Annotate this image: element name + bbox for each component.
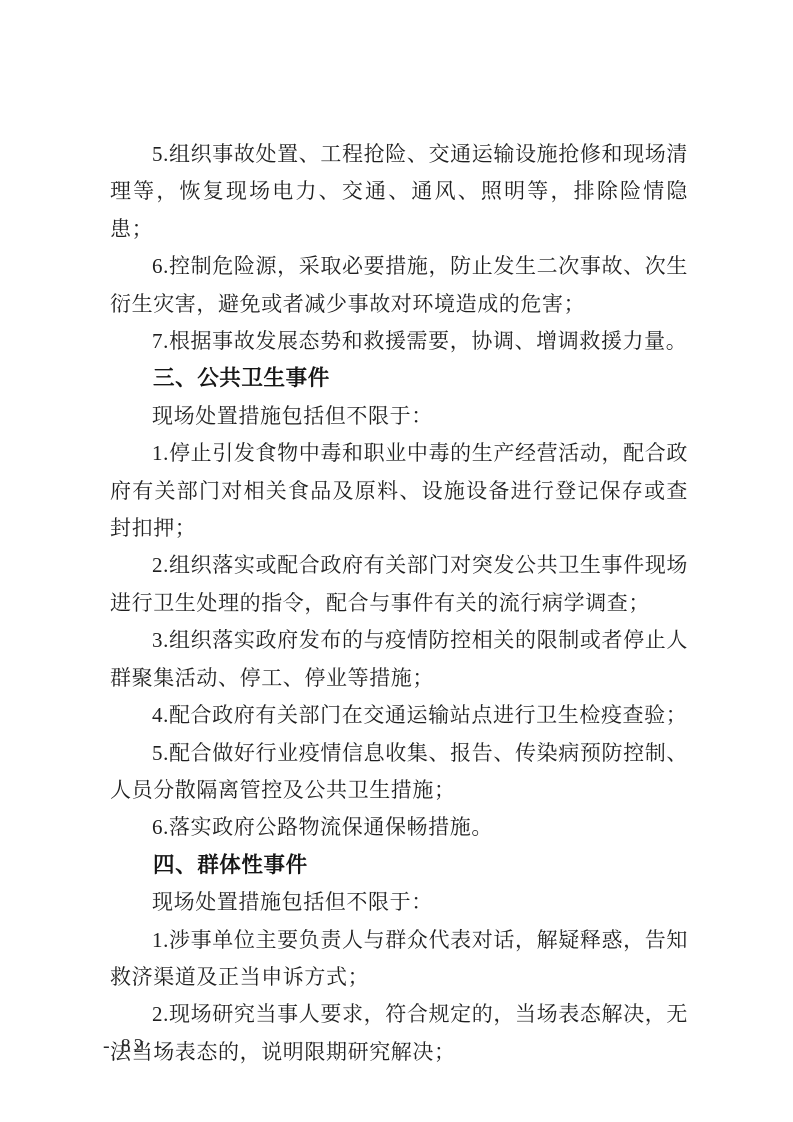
list-item-public-health-6: 6.落实政府公路物流保通保畅措施。 [110,809,688,846]
list-item-accident-5: 5.组织事故处置、工程抢险、交通运输设施抢修和现场清理等，恢复现场电力、交通、通… [110,136,688,248]
section-heading-mass-incident: 四、群体性事件 [110,847,688,884]
list-item-public-health-3: 3.组织落实政府发布的与疫情防控相关的限制或者停止人群聚集活动、停工、停业等措施… [110,622,688,697]
list-item-mass-incident-1: 1.涉事单位主要负责人与群众代表对话，解疑释惑，告知救济渠道及正当申诉方式； [110,922,688,997]
list-item-public-health-5: 5.配合做好行业疫情信息收集、报告、传染病预防控制、人员分散隔离管控及公共卫生措… [110,735,688,810]
document-body: 5.组织事故处置、工程抢险、交通运输设施抢修和现场清理等，恢复现场电力、交通、通… [110,136,688,1071]
intro-line-mass-incident: 现场处置措施包括但不限于： [110,884,688,921]
section-heading-public-health: 三、公共卫生事件 [110,360,688,397]
list-item-public-health-1: 1.停止引发食物中毒和职业中毒的生产经营活动，配合政府有关部门对相关食品及原料、… [110,435,688,547]
list-item-accident-6: 6.控制危险源，采取必要措施，防止发生二次事故、次生衍生灾害，避免或者减少事故对… [110,248,688,323]
list-item-public-health-2: 2.组织落实或配合政府有关部门对突发公共卫生事件现场进行卫生处理的指令，配合与事… [110,547,688,622]
list-item-accident-7: 7.根据事故发展态势和救援需要，协调、增调救援力量。 [110,323,688,360]
page-number: - 82 - [103,1034,164,1058]
document-page: 5.组织事故处置、工程抢险、交通运输设施抢修和现场清理等，恢复现场电力、交通、通… [0,0,793,1122]
intro-line-public-health: 现场处置措施包括但不限于： [110,398,688,435]
list-item-public-health-4: 4.配合政府有关部门在交通运输站点进行卫生检疫查验； [110,697,688,734]
list-item-mass-incident-2: 2.现场研究当事人要求，符合规定的，当场表态解决，无法当场表态的，说明限期研究解… [110,996,688,1071]
